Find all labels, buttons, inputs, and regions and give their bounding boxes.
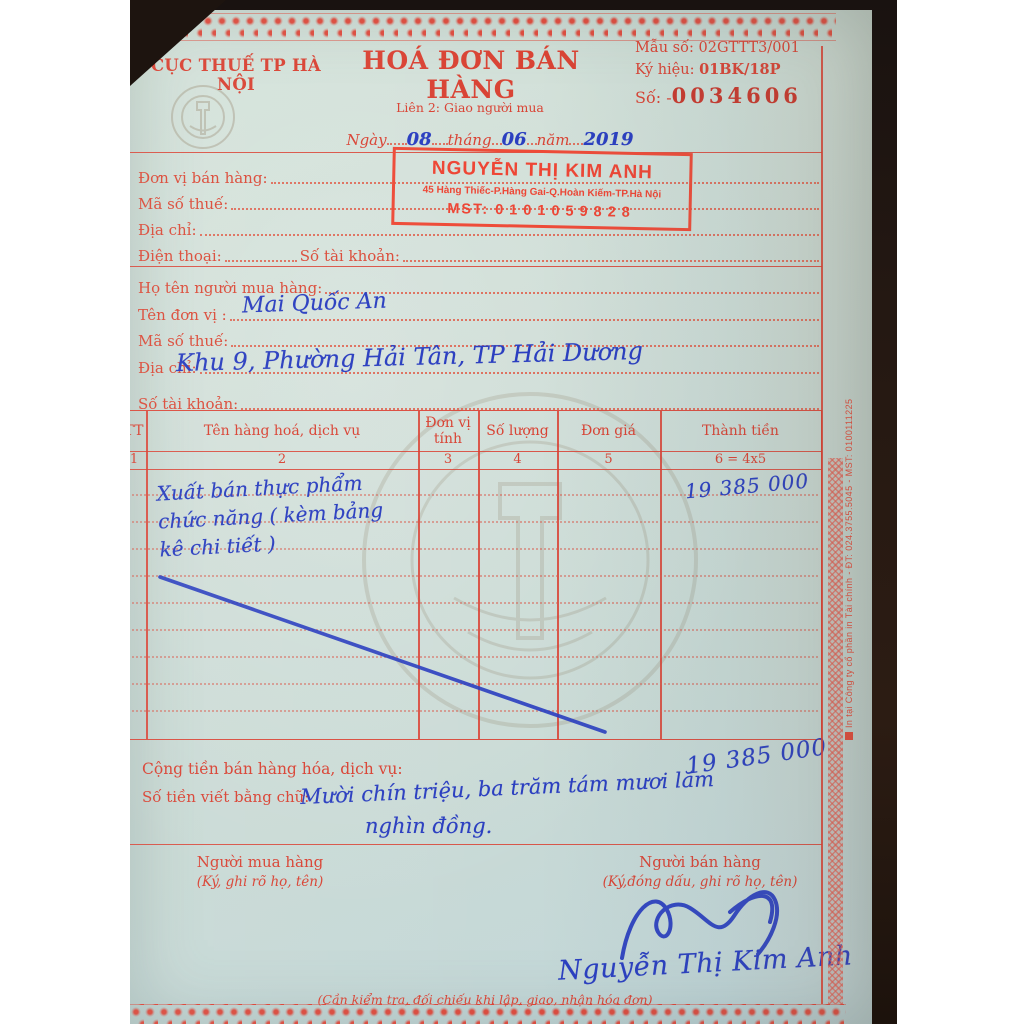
- stamp-mst-label: MST:: [447, 201, 489, 218]
- screenshot: CỤC THUẾ TP HÀ NỘI HOÁ ĐƠN BÁN HÀNG Liên…: [0, 0, 1024, 1024]
- form-no-label: Mẫu số:: [635, 40, 694, 56]
- buyer-signature-note: (Ký, ghi rõ họ, tên): [155, 874, 365, 890]
- guilloche-border-right: [828, 458, 843, 1004]
- seller-account-label: Số tài khoản:: [300, 247, 400, 266]
- table-hline-index: [130, 469, 821, 470]
- issuer-title: CỤC THUẾ TP HÀ NỘI: [130, 56, 342, 94]
- invoice-paper: CỤC THUẾ TP HÀ NỘI HOÁ ĐƠN BÁN HÀNG Liên…: [130, 10, 872, 1024]
- month-value: 06: [502, 129, 527, 150]
- items-table: TT Tên hàng hoá, dịch vụ Đơn vị tính Số …: [130, 410, 822, 740]
- invoice-no-value: 0034606: [672, 83, 802, 108]
- invoice-no-row: Số: -0034606: [635, 83, 825, 108]
- buyer-signature-block: Người mua hàng (Ký, ghi rõ họ, tên): [155, 853, 365, 890]
- serial-value: 01BK/18P: [699, 61, 780, 78]
- seller-address-label: Địa chỉ:: [138, 221, 197, 240]
- buyer-unit-row: Tên đơn vị :: [138, 299, 822, 325]
- col-index-4: 4: [478, 451, 557, 469]
- col-index-1: 1: [130, 451, 146, 469]
- printer-note-text: In tại Công ty cổ phần in Tài chính - ĐT…: [844, 399, 854, 728]
- table-hline-header: [130, 451, 821, 452]
- serial-row: Ký hiệu: 01BK/18P: [635, 61, 825, 78]
- right-border-rule: [821, 46, 823, 1004]
- year-value: 2019: [583, 129, 633, 150]
- col-header-quantity: Số lượng: [478, 411, 557, 451]
- seller-signature-block: Người bán hàng (Ký,đóng dấu, ghi rõ họ, …: [555, 853, 845, 890]
- stamp-mst-value: 0101059828: [495, 202, 636, 221]
- buyer-signature-title: Người mua hàng: [155, 853, 365, 871]
- in-words-line2-handwritten: nghìn đồng.: [365, 814, 492, 838]
- photo-background: CỤC THUẾ TP HÀ NỘI HOÁ ĐƠN BÁN HÀNG Liên…: [130, 0, 897, 1024]
- guilloche-border-bottom: [130, 1004, 846, 1024]
- col-header-unit: Đơn vị tính: [418, 411, 478, 451]
- invoice-title: HOÁ ĐƠN BÁN HÀNG: [335, 46, 607, 104]
- in-words-label: Số tiền viết bằng chữ:: [142, 788, 309, 806]
- seller-phone-label: Điện thoại:: [138, 247, 222, 266]
- col-index-6: 6 = 4x5: [660, 451, 821, 469]
- printer-logo-icon: [845, 732, 853, 740]
- stamp-name: NGUYỄN THỊ KIM ANH: [399, 157, 685, 185]
- seller-signature-note: (Ký,đóng dấu, ghi rõ họ, tên): [555, 874, 845, 890]
- seller-unit-label: Đơn vị bán hàng:: [138, 169, 268, 188]
- divider-seller: [130, 266, 822, 267]
- col-header-description: Tên hàng hoá, dịch vụ: [146, 411, 418, 451]
- col-index-5: 5: [557, 451, 660, 469]
- col-index-2: 2: [146, 451, 418, 469]
- copy-note: Liên 2: Giao người mua: [370, 100, 570, 115]
- seller-stamp: NGUYỄN THỊ KIM ANH 45 Hàng Thiếc-P.Hàng …: [391, 147, 693, 231]
- form-no-row: Mẫu số: 02GTTT3/001: [635, 40, 825, 56]
- invoice-meta: Mẫu số: 02GTTT3/001 Ký hiệu: 01BK/18P Số…: [635, 40, 825, 113]
- month-label: tháng: [448, 131, 492, 149]
- printer-note-vertical: In tại Công ty cổ phần in Tài chính - ĐT…: [844, 376, 854, 740]
- invoice-no-label: Số:: [635, 88, 661, 107]
- divider-words: [130, 844, 822, 845]
- item-description-handwritten: Xuất bán thực phẩm chức năng ( kèm bảng …: [156, 467, 410, 564]
- day-label: Ngày: [346, 131, 386, 149]
- form-no-value: 02GTTT3/001: [699, 40, 800, 56]
- seller-tax-label: Mã số thuế:: [138, 195, 228, 214]
- seller-phone-account-row: Điện thoại: Số tài khoản:: [138, 240, 822, 266]
- serial-label: Ký hiệu:: [635, 62, 695, 78]
- year-label: năm: [537, 131, 570, 149]
- col-header-amount: Thành tiền: [660, 411, 821, 451]
- buyer-name-row: Họ tên người mua hàng:: [138, 272, 822, 298]
- date-line: Ngày08tháng06năm2019: [325, 128, 655, 150]
- guilloche-border-top: [132, 13, 836, 41]
- buyer-unit-handwritten: Mai Quốc An: [242, 288, 388, 318]
- col-header-unit-price: Đơn giá: [557, 411, 660, 451]
- col-header-tt: TT: [130, 411, 146, 451]
- col-index-3: 3: [418, 451, 478, 469]
- seller-signature-title: Người bán hàng: [555, 853, 845, 871]
- total-label: Cộng tiền bán hàng hóa, dịch vụ:: [142, 760, 403, 778]
- stamp-address: 45 Hàng Thiếc-P.Hàng Gai-Q.Hoàn Kiếm-TP.…: [399, 184, 685, 201]
- buyer-unit-label: Tên đơn vị :: [138, 306, 227, 325]
- stamp-tax-id: MST: 0101059828: [398, 200, 684, 222]
- seller-signature-name: Nguyễn Thị Kim Anh: [557, 940, 853, 986]
